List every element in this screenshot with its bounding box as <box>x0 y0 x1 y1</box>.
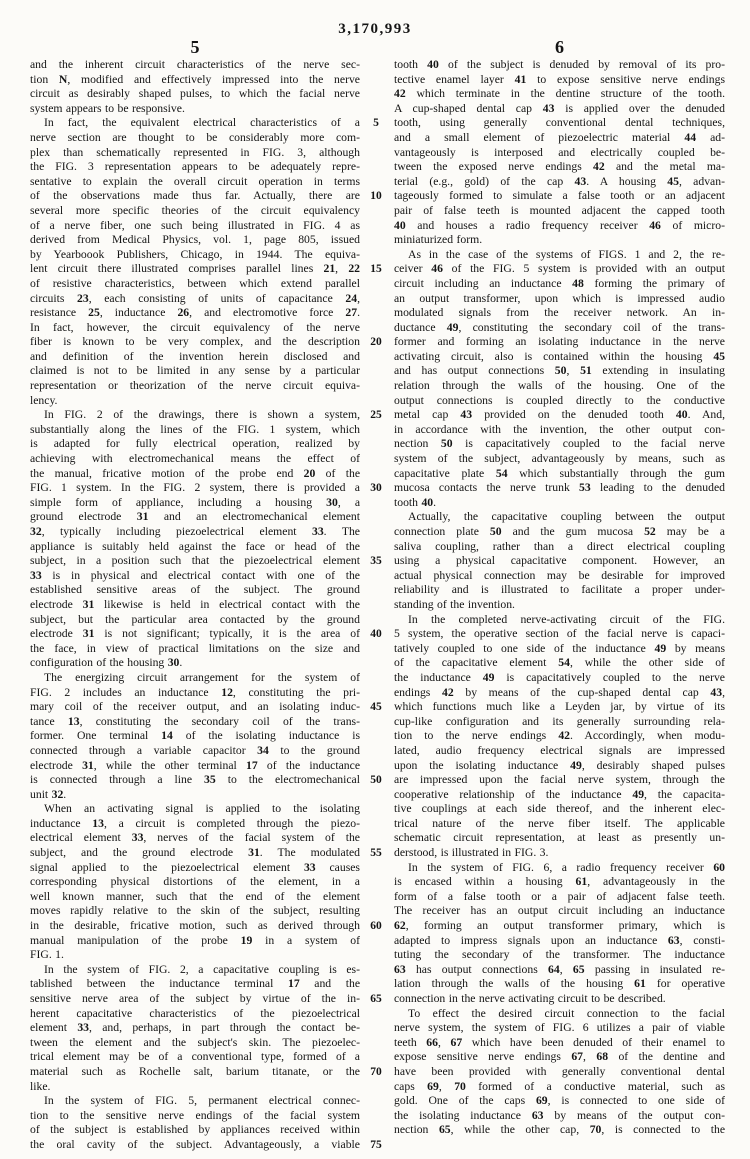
text-line: cooperative relationship of the inductan… <box>394 788 725 803</box>
text-line: In FIG. 2 of the drawings, there is show… <box>30 408 360 423</box>
text-line: of a nerve fiber, one such being illustr… <box>30 219 360 234</box>
text-line: achieving with electromechanical means t… <box>30 452 360 467</box>
text-line: tive couplings at each side thereof, and… <box>394 802 725 817</box>
text-line: As in the case of the systems of FIGS. 1… <box>394 248 725 263</box>
line-number: 45 <box>357 700 395 715</box>
right-text-column: tooth 40 of the subject is denuded by re… <box>394 58 725 1138</box>
text-line: tween the element and the subject's skin… <box>30 1036 360 1051</box>
text-line: using a physical capacitative component.… <box>394 554 725 569</box>
text-line: mucosa contacts the nerve trunk 53 leadi… <box>394 481 725 496</box>
text-line: capacitative plate 54 which substantiall… <box>394 467 725 482</box>
text-line: ceiver 46 of the FIG. 5 system is provid… <box>394 262 725 277</box>
text-line: 42 which terminate in the dentine struct… <box>394 87 725 102</box>
text-line: which functions much like a Leyden jar, … <box>394 700 725 715</box>
line-number: 20 <box>357 335 395 350</box>
text-line: connection plate 50 and the gum mucosa 5… <box>394 525 725 540</box>
text-line: In the system of FIG. 6, a radio frequen… <box>394 861 725 876</box>
text-line: caps 69, 70 formed of a conductive mater… <box>394 1080 725 1095</box>
text-line: nection 65, while the other cap, 70, is … <box>394 1123 725 1138</box>
text-line: of the observations made thus far. Actua… <box>30 189 360 204</box>
text-line: FIG. 2 includes an inductance 12, consti… <box>30 686 360 701</box>
text-line: resistance 25, inductance 26, and electr… <box>30 306 360 321</box>
line-number: 30 <box>357 481 395 496</box>
text-line: sensitive nerve area of the subject by v… <box>30 992 360 1007</box>
text-line: in the desirable, fricative motion, such… <box>30 919 360 934</box>
text-line: tatively coupled to one side of the indu… <box>394 642 725 657</box>
text-line: tablished between the inductance termina… <box>30 977 360 992</box>
text-line: tion N, modified and effectively impress… <box>30 73 360 88</box>
text-line: terial (e.g., gold) of the cap 43. A hou… <box>394 175 725 190</box>
text-line: In fact, however, the circuit equivalenc… <box>30 321 360 336</box>
text-line: tance 13, constituting the secondary coi… <box>30 715 360 730</box>
text-line: connected through a variable capacitor 3… <box>30 744 360 759</box>
line-number: 60 <box>357 919 395 934</box>
text-line: manual manipulation of the probe 19 in a… <box>30 934 360 949</box>
text-line: adapted to impress signals upon an induc… <box>394 934 725 949</box>
text-line: is encased within a housing 61, advantag… <box>394 875 725 890</box>
line-number: 55 <box>357 846 395 861</box>
text-line: tooth 40 of the subject is denuded by re… <box>394 58 725 73</box>
text-line: well known manner, such that the end of … <box>30 890 360 905</box>
text-line: substantially along the lines of the FIG… <box>30 423 360 438</box>
line-number: 25 <box>357 408 395 423</box>
line-number: 40 <box>357 627 395 642</box>
text-line: modulated signals from the receiver netw… <box>394 306 725 321</box>
line-number: 5 <box>357 116 395 131</box>
line-number: 35 <box>357 554 395 569</box>
text-line: trical nature of the nerve fiber itself.… <box>394 817 725 832</box>
text-line: Actually, the capacitative coupling betw… <box>394 510 725 525</box>
text-line: circuits 23, each consisting of units of… <box>30 292 360 307</box>
text-line: is adapted for fully electrical operatio… <box>30 437 360 452</box>
text-line: 32, typically including piezoelectrical … <box>30 525 360 540</box>
line-number: 70 <box>357 1065 395 1080</box>
text-line: teeth 66, 67 which have been denuded of … <box>394 1036 725 1051</box>
text-line: simple form of appliance, including a ho… <box>30 496 360 511</box>
text-line: The receiver has an output circuit inclu… <box>394 904 725 919</box>
text-line: To effect the desired circuit connection… <box>394 1007 725 1022</box>
text-line: tective enamel layer 41 to expose sensit… <box>394 73 725 88</box>
text-line: circuit as desirably shaped pulses, to w… <box>30 87 360 102</box>
text-line: and has output connections 50, 51 extend… <box>394 364 725 379</box>
text-line: and a small element of piezoelectric mat… <box>394 131 725 146</box>
text-line: The energizing circuit arrangement for t… <box>30 671 360 686</box>
text-line: tween the exposed nerve endings 42 and t… <box>394 160 725 175</box>
text-line: inductance 13, a circuit is completed th… <box>30 817 360 832</box>
text-line: tuting the secondary of the transformer.… <box>394 948 725 963</box>
text-line: lation through the walls of the housing … <box>394 977 725 992</box>
text-line: electrode 31, while the other terminal 1… <box>30 759 360 774</box>
text-line: 62, forming an output transformer primar… <box>394 919 725 934</box>
left-text-column: and the inherent circuit characteristics… <box>30 58 360 1153</box>
text-line: nerve system, the system of FIG. 6 utili… <box>394 1021 725 1036</box>
text-line: the face, in view of practical limitatio… <box>30 642 360 657</box>
text-line: like. <box>30 1080 360 1095</box>
text-line: sentative to explain the overall circuit… <box>30 175 360 190</box>
text-line: the FIG. 3 representation appears to be … <box>30 160 360 175</box>
text-line: tageously formed to simulate a false too… <box>394 189 725 204</box>
text-line: lent circuit there illustrated comprises… <box>30 262 360 277</box>
text-line: several more specific theories of the ci… <box>30 204 360 219</box>
line-number: 15 <box>357 262 395 277</box>
text-line: corresponding physical distortions of th… <box>30 875 360 890</box>
text-line: metal cap 43 provided on the denuded too… <box>394 408 725 423</box>
text-line: system appears to be responsive. <box>30 102 360 117</box>
text-line: circuit including an inductance 48 formi… <box>394 277 725 292</box>
text-line: derived from Medical Physics, vol. 1, pa… <box>30 233 360 248</box>
text-line: have been provided with generally conven… <box>394 1065 725 1080</box>
text-line: ductance 49, constituting the secondary … <box>394 321 725 336</box>
text-line: ground electrode 31 and an electromechan… <box>30 510 360 525</box>
text-line: electrical element 33, nerves of the fac… <box>30 831 360 846</box>
text-line: former and forming an isolating inductan… <box>394 335 725 350</box>
text-line: the manual, fricative motion of the prob… <box>30 467 360 482</box>
text-line: claimed is not to be limited in any sens… <box>30 364 360 379</box>
text-line: tion to the nerve endings 42. Accordingl… <box>394 729 725 744</box>
text-line: the inductance 49 is capacitatively coup… <box>394 671 725 686</box>
text-line: relation through the walls of the housin… <box>394 379 725 394</box>
text-line: of the subject is established by applian… <box>30 1123 360 1138</box>
text-line: are impressed upon the facial nerve syst… <box>394 773 725 788</box>
text-line: subject, but the particular area contact… <box>30 613 360 628</box>
text-line: the isolating inductance 63 by means of … <box>394 1109 725 1124</box>
text-line: schematic circuit representation, at lea… <box>394 831 725 846</box>
text-line: appliance is suitably held against the f… <box>30 540 360 555</box>
text-line: representation or theorization of the ne… <box>30 379 360 394</box>
text-line: vantageously is interposed and electrica… <box>394 146 725 161</box>
text-line: 5 system, the operative section of the f… <box>394 627 725 642</box>
text-line: nerve section are thought to be consider… <box>30 131 360 146</box>
text-line: reliability and is illustrated to facili… <box>394 583 725 598</box>
text-line: an output transformer, upon which is imp… <box>394 292 725 307</box>
line-number: 65 <box>357 992 395 1007</box>
text-line: miniaturized form. <box>394 233 725 248</box>
text-line: signal applied to the piezoelectrical el… <box>30 861 360 876</box>
patent-number: 3,170,993 <box>0 21 750 38</box>
text-line: plex than schematically represented in F… <box>30 146 360 161</box>
text-line: tooth, using generally conventional dent… <box>394 116 725 131</box>
text-line: output connections is coupled directly t… <box>394 394 725 409</box>
text-line: pair of false teeth is mounted adjacent … <box>394 204 725 219</box>
text-line: system of the subject, advantageously by… <box>394 452 725 467</box>
text-line: lency. <box>30 394 360 409</box>
text-line: is connected through a line 35 to the el… <box>30 773 360 788</box>
text-line: FIG. 1. <box>30 948 360 963</box>
text-line: mary coil of the receiver output, and an… <box>30 700 360 715</box>
text-line: When an activating signal is applied to … <box>30 802 360 817</box>
text-line: established sensitive areas of the subje… <box>30 583 360 598</box>
text-line: electrode 31 is not significant; typical… <box>30 627 360 642</box>
text-line: by Yearboook Publishers, Chicago, in 194… <box>30 248 360 263</box>
text-line: unit 32. <box>30 788 360 803</box>
text-line: saliva coupling, rather than a direct el… <box>394 540 725 555</box>
patent-page: 3,170,993 5 6 and the inherent circuit c… <box>0 0 750 1159</box>
text-line: tooth 40. <box>394 496 725 511</box>
text-line: fiber is known to be very complex, and t… <box>30 335 360 350</box>
text-line: upon the isolating inductance 49, desira… <box>394 759 725 774</box>
text-line: tion to the sensitive nerve endings of t… <box>30 1109 360 1124</box>
text-line: of resistive characteristics, between wh… <box>30 277 360 292</box>
line-number: 50 <box>357 773 395 788</box>
right-column-number: 6 <box>394 37 725 58</box>
text-line: electrode 31 likewise is held in electri… <box>30 598 360 613</box>
text-line: nection 50 is capacitatively coupled to … <box>394 437 725 452</box>
text-line: configuration of the housing 30. <box>30 656 360 671</box>
text-line: 40 and houses a radio frequency receiver… <box>394 219 725 234</box>
left-column-number: 5 <box>30 37 360 58</box>
text-line: standing of the invention. <box>394 598 725 613</box>
text-line: A cup-shaped dental cap 43 is applied ov… <box>394 102 725 117</box>
text-line: In the completed nerve-activating circui… <box>394 613 725 628</box>
text-line: the oral cavity of the subject. Advantag… <box>30 1138 360 1153</box>
text-line: In the system of FIG. 5, permanent elect… <box>30 1094 360 1109</box>
text-line: former. One terminal 14 of the isolating… <box>30 729 360 744</box>
text-line: subject, and the ground electrode 31. Th… <box>30 846 360 861</box>
text-line: subject, in a position such that the pie… <box>30 554 360 569</box>
text-line: actual physical connection may be desira… <box>394 569 725 584</box>
text-line: 63 has output connections 64, 65 passing… <box>394 963 725 978</box>
line-number-gutter: 51015202530354045505560657075 <box>357 58 395 1158</box>
text-line: endings 42 by means of the cup-shaped de… <box>394 686 725 701</box>
text-line: of the capacitative element 54, while th… <box>394 656 725 671</box>
text-line: expose sensitive nerve endings 67, 68 of… <box>394 1050 725 1065</box>
text-line: trical element may be of a conventional … <box>30 1050 360 1065</box>
text-line: moves rapidly relative to the skin of th… <box>30 904 360 919</box>
text-line: gold. One of the caps 69, is connected t… <box>394 1094 725 1109</box>
line-number: 10 <box>357 189 395 204</box>
text-line: In the system of FIG. 2, a capacitative … <box>30 963 360 978</box>
text-line: activating circuit, also is contained wi… <box>394 350 725 365</box>
text-line: derstood, is illustrated in FIG. 3. <box>394 846 725 861</box>
text-line: 33 is in physical and electrical contact… <box>30 569 360 584</box>
text-line: material such as Rochelle salt, barium t… <box>30 1065 360 1080</box>
text-line: FIG. 1 system. In the FIG. 2 system, the… <box>30 481 360 496</box>
text-line: cup-like configuration and its generally… <box>394 715 725 730</box>
text-line: In fact, the equivalent electrical chara… <box>30 116 360 131</box>
text-line: in accordance with the invention, the ot… <box>394 423 725 438</box>
text-line: and the inherent circuit characteristics… <box>30 58 360 73</box>
text-line: lated, audio frequency electrical signal… <box>394 744 725 759</box>
line-number: 75 <box>357 1138 395 1153</box>
text-line: element 33, and, perhaps, in part throug… <box>30 1021 360 1036</box>
text-line: connection in the nerve activating circu… <box>394 992 725 1007</box>
text-line: herent capacitative characteristics of t… <box>30 1007 360 1022</box>
text-line: and definition of the invention herein d… <box>30 350 360 365</box>
text-line: form of a false tooth or a pair of adjac… <box>394 890 725 905</box>
